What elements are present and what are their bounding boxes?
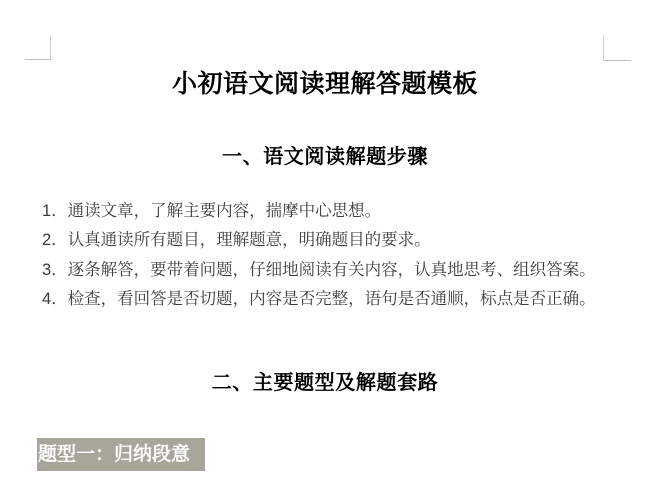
- section-one-heading: 一、语文阅读解题步骤: [0, 145, 650, 169]
- step-item-1: 1．通读文章，了解主要内容，揣摩中心思想。: [42, 197, 596, 226]
- document-page: 小初语文阅读理解答题模板 一、语文阅读解题步骤 1．通读文章，了解主要内容，揣摩…: [0, 0, 650, 487]
- reading-steps-list: 1．通读文章，了解主要内容，揣摩中心思想。 2．认真通读所有题目，理解题意，明确…: [42, 197, 596, 315]
- step-item-2: 2．认真通读所有题目，理解题意，明确题目的要求。: [42, 226, 596, 255]
- question-type-badge: 题型一：归纳段意: [37, 438, 205, 471]
- step-item-3: 3．逐条解答，要带着问题，仔细地阅读有关内容，认真地思考、组织答案。: [42, 256, 596, 285]
- step-item-4: 4．检查，看回答是否切题，内容是否完整，语句是否通顺，标点是否正确。: [42, 285, 596, 314]
- page-margin-mark-top-left: [25, 35, 51, 60]
- section-two-heading: 二、主要题型及解题套路: [0, 371, 650, 395]
- document-title: 小初语文阅读理解答题模板: [0, 70, 650, 98]
- page-margin-mark-top-right: [603, 35, 631, 61]
